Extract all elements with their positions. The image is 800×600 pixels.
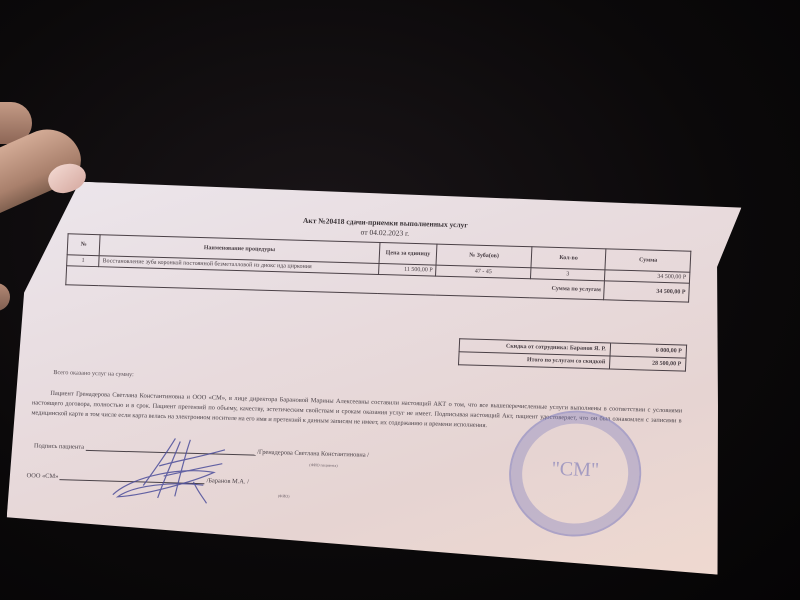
row-num: 1: [67, 255, 100, 267]
services-table: № Наименование процедуры Цена за единицу…: [65, 233, 691, 302]
header-teeth: № Зуба(ов): [436, 244, 531, 268]
photo-scene: Акт №20418 сдачи-приемки выполненных усл…: [0, 0, 800, 600]
header-price: Цена за единицу: [379, 243, 438, 266]
patient-signature-label: Подпись пациента: [34, 442, 84, 450]
clinic-label: ООО «СМ»: [26, 472, 58, 480]
total-in-words: Всего оказано услуг на сумму:: [53, 369, 134, 378]
total-value: 34 500,00 Р: [604, 281, 689, 302]
patient-name: /Гренадерова Светлана Константиновна /: [257, 449, 369, 459]
final-total-value: 28 500,00 Р: [609, 356, 686, 371]
stamp-text: "СМ": [511, 457, 640, 484]
clinic-caption: (ФИО): [278, 493, 290, 498]
patient-caption: (ФИО пациента): [309, 462, 338, 468]
header-num: №: [67, 234, 100, 256]
document-title: Акт №20418 сдачи-приемки выполненных усл…: [255, 215, 516, 242]
handwritten-signature: [102, 434, 245, 508]
document-sheet: Акт №20418 сдачи-приемки выполненных усл…: [5, 180, 742, 575]
header-sum: Сумма: [605, 249, 690, 272]
finger: [0, 283, 10, 311]
header-qty: Кол-во: [531, 247, 607, 270]
discount-table: Скидка от сотрудника: Баранов Я. Р. 6 00…: [458, 338, 687, 371]
